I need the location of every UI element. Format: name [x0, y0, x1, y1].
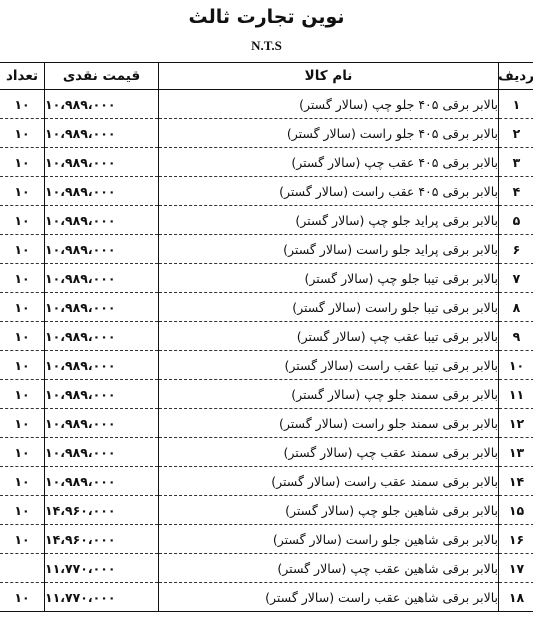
row-number-cell: ۱ — [499, 90, 533, 119]
row-number-cell: ۶ — [499, 235, 533, 264]
row-number-cell: ۱۷ — [499, 554, 533, 583]
cash-price-cell: ۱۰،۹۸۹،۰۰۰ — [45, 409, 159, 438]
table-row: ۵بالابر برقی پراید جلو چپ (سالار گستر)۱۰… — [0, 206, 533, 235]
row-number-cell: ۱۱ — [499, 380, 533, 409]
price-list-table: ردیف نام کالا قیمت نقدی تعداد ۱بالابر بر… — [0, 62, 533, 612]
item-name-cell: بالابر برقی شاهین جلو راست (سالار گستر) — [159, 525, 499, 554]
row-number-cell: ۱۴ — [499, 467, 533, 496]
quantity-cell: ۱۰ — [0, 525, 45, 554]
quantity-cell: ۱۰ — [0, 264, 45, 293]
table-row: ۱بالابر برقی ۴۰۵ جلو چپ (سالار گستر)۱۰،۹… — [0, 90, 533, 119]
cash-price-cell: ۱۴،۹۶۰،۰۰۰ — [45, 496, 159, 525]
quantity-cell: ۱۰ — [0, 322, 45, 351]
row-number-cell: ۲ — [499, 119, 533, 148]
row-number-cell: ۱۵ — [499, 496, 533, 525]
row-number-cell: ۱۸ — [499, 583, 533, 612]
cash-price-cell: ۱۰،۹۸۹،۰۰۰ — [45, 119, 159, 148]
document-title: نوین تجارت ثالث — [0, 6, 533, 28]
table-row: ۷بالابر برقی تیبا جلو چپ (سالار گستر)۱۰،… — [0, 264, 533, 293]
cash-price-cell: ۱۱،۷۷۰،۰۰۰ — [45, 554, 159, 583]
item-name-cell: بالابر برقی پراید جلو راست (سالار گستر) — [159, 235, 499, 264]
row-number-cell: ۱۳ — [499, 438, 533, 467]
quantity-cell: ۱۰ — [0, 438, 45, 467]
table-row: ۱۰بالابر برقی تیبا عقب راست (سالار گستر)… — [0, 351, 533, 380]
quantity-cell: ۱۰ — [0, 351, 45, 380]
cash-price-cell: ۱۰،۹۸۹،۰۰۰ — [45, 467, 159, 496]
quantity-cell: ۱۰ — [0, 90, 45, 119]
cash-price-cell: ۱۰،۹۸۹،۰۰۰ — [45, 148, 159, 177]
item-name-cell: بالابر برقی ۴۰۵ جلو راست (سالار گستر) — [159, 119, 499, 148]
row-number-cell: ۵ — [499, 206, 533, 235]
table-row: ۴بالابر برقی ۴۰۵ عقب راست (سالار گستر)۱۰… — [0, 177, 533, 206]
cash-price-cell: ۱۰،۹۸۹،۰۰۰ — [45, 90, 159, 119]
quantity-cell: ۱۰ — [0, 380, 45, 409]
cash-price-cell: ۱۱،۷۷۰،۰۰۰ — [45, 583, 159, 612]
quantity-cell: ۱۰ — [0, 206, 45, 235]
row-number-cell: ۱۰ — [499, 351, 533, 380]
row-number-cell: ۴ — [499, 177, 533, 206]
table-row: ۲بالابر برقی ۴۰۵ جلو راست (سالار گستر)۱۰… — [0, 119, 533, 148]
table-row: ۱۸بالابر برقی شاهین عقب راست (سالار گستر… — [0, 583, 533, 612]
quantity-cell: ۱۰ — [0, 177, 45, 206]
table-body: ۱بالابر برقی ۴۰۵ جلو چپ (سالار گستر)۱۰،۹… — [0, 90, 533, 612]
item-name-cell: بالابر برقی سمند عقب راست (سالار گستر) — [159, 467, 499, 496]
table-row: ۱۵بالابر برقی شاهین جلو چپ (سالار گستر)۱… — [0, 496, 533, 525]
item-name-cell: بالابر برقی سمند عقب چپ (سالار گستر) — [159, 438, 499, 467]
header-quantity: تعداد — [0, 63, 45, 90]
cash-price-cell: ۱۰،۹۸۹،۰۰۰ — [45, 293, 159, 322]
quantity-cell: ۱۰ — [0, 235, 45, 264]
cash-price-cell: ۱۰،۹۸۹،۰۰۰ — [45, 235, 159, 264]
header-cash-price: قیمت نقدی — [45, 63, 159, 90]
quantity-cell: ۱۰ — [0, 409, 45, 438]
quantity-cell — [0, 554, 45, 583]
row-number-cell: ۱۲ — [499, 409, 533, 438]
item-name-cell: بالابر برقی ۴۰۵ جلو چپ (سالار گستر) — [159, 90, 499, 119]
row-number-cell: ۷ — [499, 264, 533, 293]
item-name-cell: بالابر برقی پراید جلو چپ (سالار گستر) — [159, 206, 499, 235]
table-row: ۱۷بالابر برقی شاهین عقب چپ (سالار گستر)۱… — [0, 554, 533, 583]
item-name-cell: بالابر برقی شاهین عقب چپ (سالار گستر) — [159, 554, 499, 583]
quantity-cell: ۱۰ — [0, 467, 45, 496]
quantity-cell: ۱۰ — [0, 293, 45, 322]
cash-price-cell: ۱۰،۹۸۹،۰۰۰ — [45, 322, 159, 351]
quantity-cell: ۱۰ — [0, 583, 45, 612]
cash-price-cell: ۱۰،۹۸۹،۰۰۰ — [45, 380, 159, 409]
table-row: ۶بالابر برقی پراید جلو راست (سالار گستر)… — [0, 235, 533, 264]
item-name-cell: بالابر برقی تیبا عقب راست (سالار گستر) — [159, 351, 499, 380]
table-row: ۸بالابر برقی تیبا جلو راست (سالار گستر)۱… — [0, 293, 533, 322]
quantity-cell: ۱۰ — [0, 496, 45, 525]
quantity-cell: ۱۰ — [0, 119, 45, 148]
item-name-cell: بالابر برقی سمند جلو چپ (سالار گستر) — [159, 380, 499, 409]
row-number-cell: ۸ — [499, 293, 533, 322]
table-row: ۱۲بالابر برقی سمند جلو راست (سالار گستر)… — [0, 409, 533, 438]
item-name-cell: بالابر برقی سمند جلو راست (سالار گستر) — [159, 409, 499, 438]
item-name-cell: بالابر برقی شاهین جلو چپ (سالار گستر) — [159, 496, 499, 525]
table-row: ۱۴بالابر برقی سمند عقب راست (سالار گستر)… — [0, 467, 533, 496]
item-name-cell: بالابر برقی تیبا جلو چپ (سالار گستر) — [159, 264, 499, 293]
item-name-cell: بالابر برقی تیبا جلو راست (سالار گستر) — [159, 293, 499, 322]
document-subtitle: N.T.S — [0, 38, 533, 54]
header-row-number: ردیف — [499, 63, 533, 90]
cash-price-cell: ۱۰،۹۸۹،۰۰۰ — [45, 438, 159, 467]
row-number-cell: ۹ — [499, 322, 533, 351]
cash-price-cell: ۱۴،۹۶۰،۰۰۰ — [45, 525, 159, 554]
table-row: ۹بالابر برقی تیبا عقب چپ (سالار گستر)۱۰،… — [0, 322, 533, 351]
header-item-name: نام کالا — [159, 63, 499, 90]
item-name-cell: بالابر برقی ۴۰۵ عقب چپ (سالار گستر) — [159, 148, 499, 177]
table-row: ۱۶بالابر برقی شاهین جلو راست (سالار گستر… — [0, 525, 533, 554]
item-name-cell: بالابر برقی شاهین عقب راست (سالار گستر) — [159, 583, 499, 612]
table-row: ۳بالابر برقی ۴۰۵ عقب چپ (سالار گستر)۱۰،۹… — [0, 148, 533, 177]
row-number-cell: ۳ — [499, 148, 533, 177]
item-name-cell: بالابر برقی ۴۰۵ عقب راست (سالار گستر) — [159, 177, 499, 206]
item-name-cell: بالابر برقی تیبا عقب چپ (سالار گستر) — [159, 322, 499, 351]
table-row: ۱۳بالابر برقی سمند عقب چپ (سالار گستر)۱۰… — [0, 438, 533, 467]
cash-price-cell: ۱۰،۹۸۹،۰۰۰ — [45, 351, 159, 380]
cash-price-cell: ۱۰،۹۸۹،۰۰۰ — [45, 264, 159, 293]
cash-price-cell: ۱۰،۹۸۹،۰۰۰ — [45, 177, 159, 206]
quantity-cell: ۱۰ — [0, 148, 45, 177]
cash-price-cell: ۱۰،۹۸۹،۰۰۰ — [45, 206, 159, 235]
row-number-cell: ۱۶ — [499, 525, 533, 554]
table-row: ۱۱بالابر برقی سمند جلو چپ (سالار گستر)۱۰… — [0, 380, 533, 409]
table-header-row: ردیف نام کالا قیمت نقدی تعداد — [0, 63, 533, 90]
